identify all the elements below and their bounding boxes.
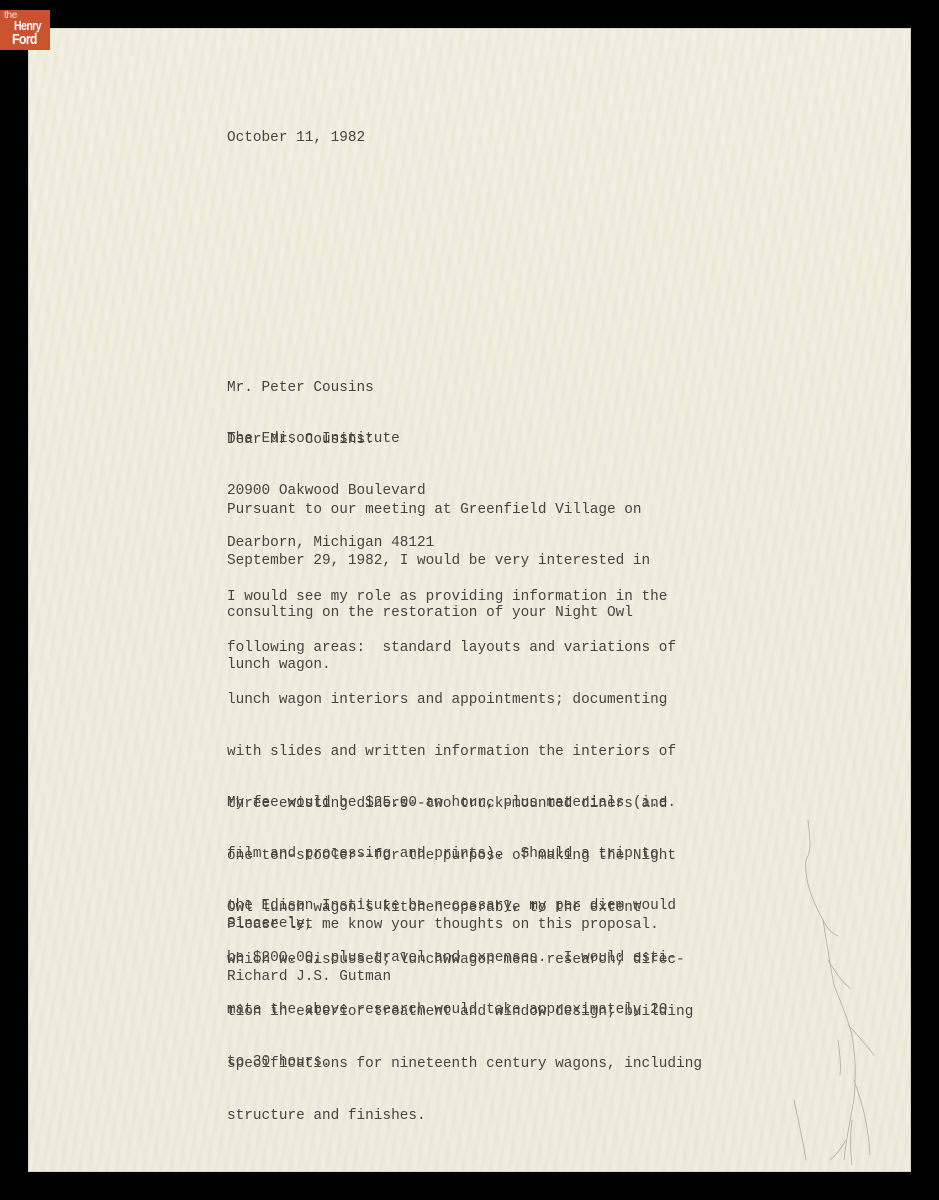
- henry-ford-logo: the Henry Ford: [0, 10, 50, 50]
- salutation: Dear Mr. Cousins:: [227, 432, 374, 449]
- text-line: with slides and written information the …: [227, 744, 702, 761]
- closing: Sincerely,: [227, 916, 313, 933]
- text-line: following areas: standard layouts and va…: [227, 640, 702, 657]
- text-line: film and processing and prints). Should …: [227, 846, 676, 863]
- signature-name: Richard J.S. Gutman: [227, 969, 391, 986]
- text-line: I would see my role as providing informa…: [227, 589, 702, 606]
- text-line: Pursuant to our meeting at Greenfield Vi…: [227, 502, 650, 519]
- text-line: My fee would be $25.00 an hour, plus mat…: [227, 795, 676, 812]
- text-line: mate the above research would take appro…: [227, 1002, 676, 1019]
- address-line: Mr. Peter Cousins: [227, 380, 434, 397]
- text-line: structure and finishes.: [227, 1108, 702, 1125]
- logo-text-ford: Ford: [12, 32, 37, 47]
- text-line: lunch wagon interiors and appointments; …: [227, 692, 702, 709]
- paper-fiber-crease: [768, 820, 878, 1172]
- text-line: to 30 hours.: [227, 1054, 676, 1071]
- letter-page: October 11, 1982 Mr. Peter Cousins The E…: [28, 28, 911, 1172]
- letter-date: October 11, 1982: [227, 130, 365, 147]
- letter-body: October 11, 1982 Mr. Peter Cousins The E…: [227, 28, 262, 357]
